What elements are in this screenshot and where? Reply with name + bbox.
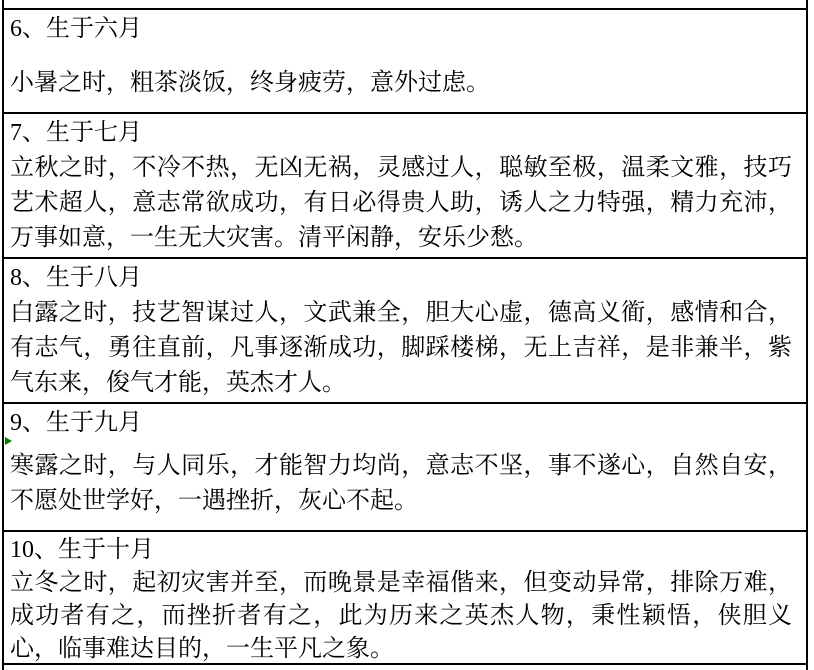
- row-heading: 8、生于八月: [10, 261, 792, 296]
- birth-month-table: 6、生于六月 小暑之时，粗茶淡饭，终身疲劳，意外过虑。 7、生于七月 立秋之时，…: [2, 0, 808, 670]
- row-heading: 9、生于九月: [10, 406, 792, 441]
- green-flag-icon: [5, 437, 12, 445]
- table-row-july: 7、生于七月 立秋之时，不冷不热，无凶无祸，灵感过人，聪敏至极，温柔文雅，技巧艺…: [4, 114, 806, 259]
- row-body: 小暑之时，粗茶淡饭，终身疲劳，意外过虑。: [10, 66, 792, 101]
- row-heading: 6、生于六月: [10, 12, 792, 47]
- row-heading: 10、生于十月: [10, 534, 792, 567]
- table-row-september: 9、生于九月 寒露之时，与人同乐，才能智力均尚，意志不坚，事不遂心，自然自安，不…: [4, 404, 806, 532]
- table-row-october: 10、生于十月 立冬之时，起初灾害并至，而晚景是幸福偕来，但变动异常，排除万难，…: [4, 532, 806, 665]
- row-body: 白露之时，技艺智谋过人，文武兼全，胆大心虚，德高义衜，感情和合，有志气，勇往直前…: [10, 296, 792, 401]
- table-row-june: 6、生于六月 小暑之时，粗茶淡饭，终身疲劳，意外过虑。: [4, 10, 806, 114]
- row-body: 立秋之时，不冷不热，无凶无祸，灵感过人，聪敏至极，温柔文雅，技巧艺术超人，意志常…: [10, 151, 792, 256]
- row-heading: 7、生于七月: [10, 116, 792, 151]
- table-row-partial-top: [4, 0, 806, 10]
- table-row-august: 8、生于八月 白露之时，技艺智谋过人，文武兼全，胆大心虚，德高义衜，感情和合，有…: [4, 259, 806, 404]
- table-row-partial-bottom: [4, 665, 806, 670]
- document-page: 6、生于六月 小暑之时，粗茶淡饭，终身疲劳，意外过虑。 7、生于七月 立秋之时，…: [0, 0, 814, 670]
- row-body: 寒露之时，与人同乐，才能智力均尚，意志不坚，事不遂心，自然自安，不愿处世学好，一…: [10, 449, 792, 519]
- row-body: 立冬之时，起初灾害并至，而晚景是幸福偕来，但变动异常，排除万难，成功者有之，而挫…: [10, 567, 792, 665]
